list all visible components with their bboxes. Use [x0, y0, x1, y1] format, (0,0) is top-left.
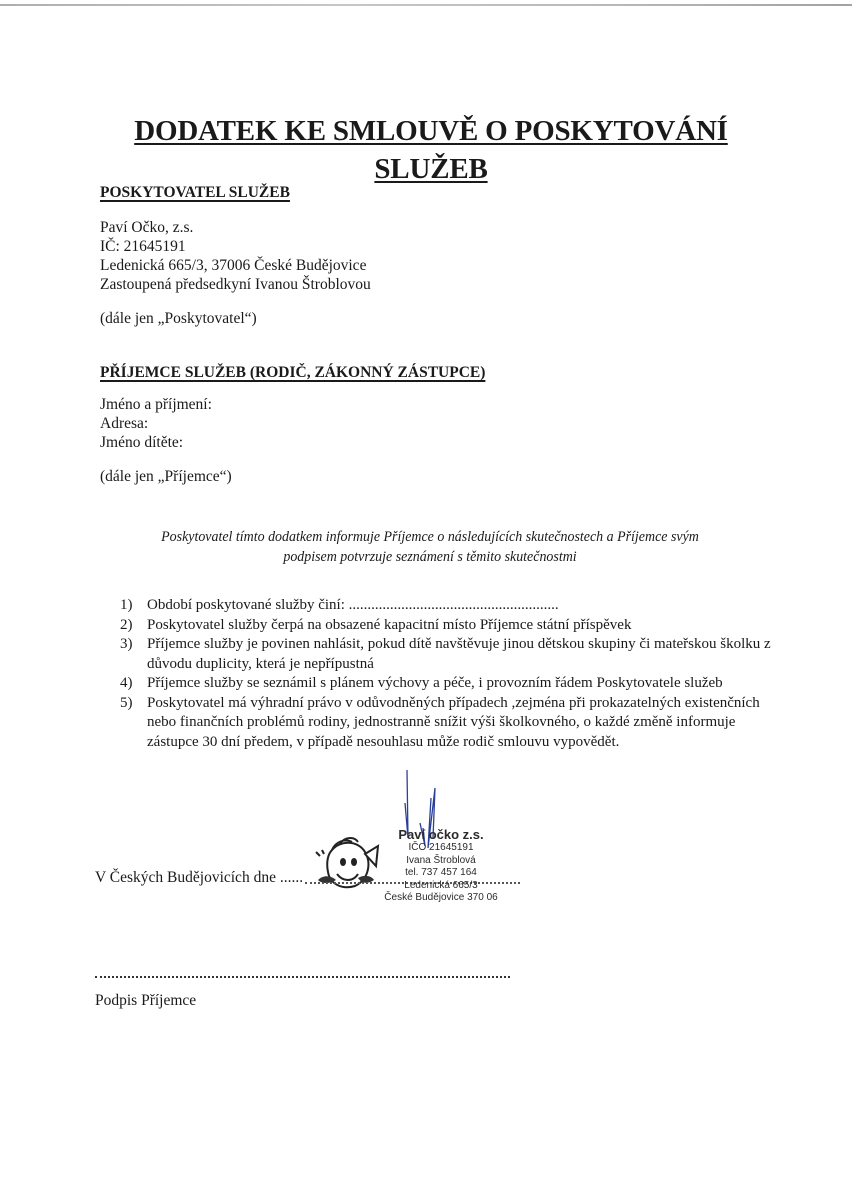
stamp-ico: IČO 21645191: [371, 842, 511, 855]
list-item-number: 5): [120, 694, 147, 753]
intro-statement: Poskytovatel tímto dodatkem informuje Př…: [132, 527, 727, 567]
list-item-number: 2): [120, 616, 147, 636]
stamp-text: Paví očko z.s. IČO 21645191 Ivana Štrobl…: [371, 828, 511, 905]
list-item-text: Poskytovatel má výhradní právo v odůvodn…: [147, 694, 780, 753]
recipient-heading: PŘÍJEMCE SLUŽEB (RODIČ, ZÁKONNÝ ZÁSTUPCE…: [100, 364, 485, 382]
facts-list: 1) Období poskytované služby činí: .....…: [120, 596, 780, 752]
recipient-alias: (dále jen „Příjemce“): [100, 467, 232, 486]
list-item-number: 1): [120, 596, 147, 616]
list-item-number: 3): [120, 635, 147, 674]
provider-name: Paví Očko, z.s.: [100, 218, 371, 237]
list-item-text: Poskytovatel služby čerpá na obsazené ka…: [147, 616, 780, 636]
recipient-name-label: Jméno a příjmení:: [100, 396, 212, 413]
stamp-city: České Budějovice 370 06: [371, 892, 511, 905]
stamp-phone: tel. 737 457 164: [371, 867, 511, 880]
title-line-2: SLUŽEB: [100, 150, 762, 188]
intro-line-2: podpisem potvrzuje seznámení s těmito sk…: [132, 547, 727, 567]
list-item: 3) Příjemce služby je povinen nahlásit, …: [120, 635, 780, 674]
list-item: 1) Období poskytované služby činí: .....…: [120, 596, 780, 616]
list-item-number: 4): [120, 674, 147, 694]
provider-representative: Zastoupená předsedkyní Ivanou Štroblovou: [100, 275, 371, 294]
child-name-label: Jméno dítěte:: [100, 434, 183, 451]
stamp-person: Ivana Štroblová: [371, 855, 511, 868]
stamp-street: Ledenická 665/3: [371, 880, 511, 893]
stamp-org-name: Paví očko z.s.: [371, 828, 511, 842]
organization-stamp: Paví očko z.s. IČO 21645191 Ivana Štrobl…: [305, 800, 520, 910]
list-item-text: Příjemce služby se seznámil s plánem výc…: [147, 674, 780, 694]
provider-details: Paví Očko, z.s. IČ: 21645191 Ledenická 6…: [100, 218, 371, 294]
recipient-fields: Jméno a příjmení: Adresa: Jméno dítěte:: [100, 395, 212, 452]
scan-edge-line: [0, 4, 852, 6]
place-date-line: V Českých Budějovicích dne ......: [95, 869, 303, 887]
list-item-text: Příjemce služby je povinen nahlásit, pok…: [147, 635, 780, 674]
list-item: 2) Poskytovatel služby čerpá na obsazené…: [120, 616, 780, 636]
fish-mascot-icon: [310, 832, 380, 902]
list-item: 4) Příjemce služby se seznámil s plánem …: [120, 674, 780, 694]
provider-address: Ledenická 665/3, 37006 České Budějovice: [100, 256, 371, 275]
recipient-address-label: Adresa:: [100, 415, 148, 432]
title-line-1: DODATEK KE SMLOUVĚ O POSKYTOVÁNÍ: [100, 112, 762, 150]
list-item: 5) Poskytovatel má výhradní právo v odův…: [120, 694, 780, 753]
provider-alias: (dále jen „Poskytovatel“): [100, 309, 257, 328]
child-name-field[interactable]: Jméno dítěte:: [100, 433, 212, 452]
provider-ic: IČ: 21645191: [100, 237, 371, 256]
signature-label: Podpis Příjemce: [95, 992, 196, 1010]
recipient-name-field[interactable]: Jméno a příjmení:: [100, 395, 212, 414]
recipient-address-field[interactable]: Adresa:: [100, 414, 212, 433]
provider-heading: POSKYTOVATEL SLUŽEB: [100, 184, 290, 202]
signature-line[interactable]: [95, 976, 510, 978]
document-title: DODATEK KE SMLOUVĚ O POSKYTOVÁNÍ SLUŽEB: [100, 112, 762, 188]
list-item-text: Období poskytované služby činí: ........…: [147, 596, 780, 616]
intro-line-1: Poskytovatel tímto dodatkem informuje Př…: [132, 527, 727, 547]
